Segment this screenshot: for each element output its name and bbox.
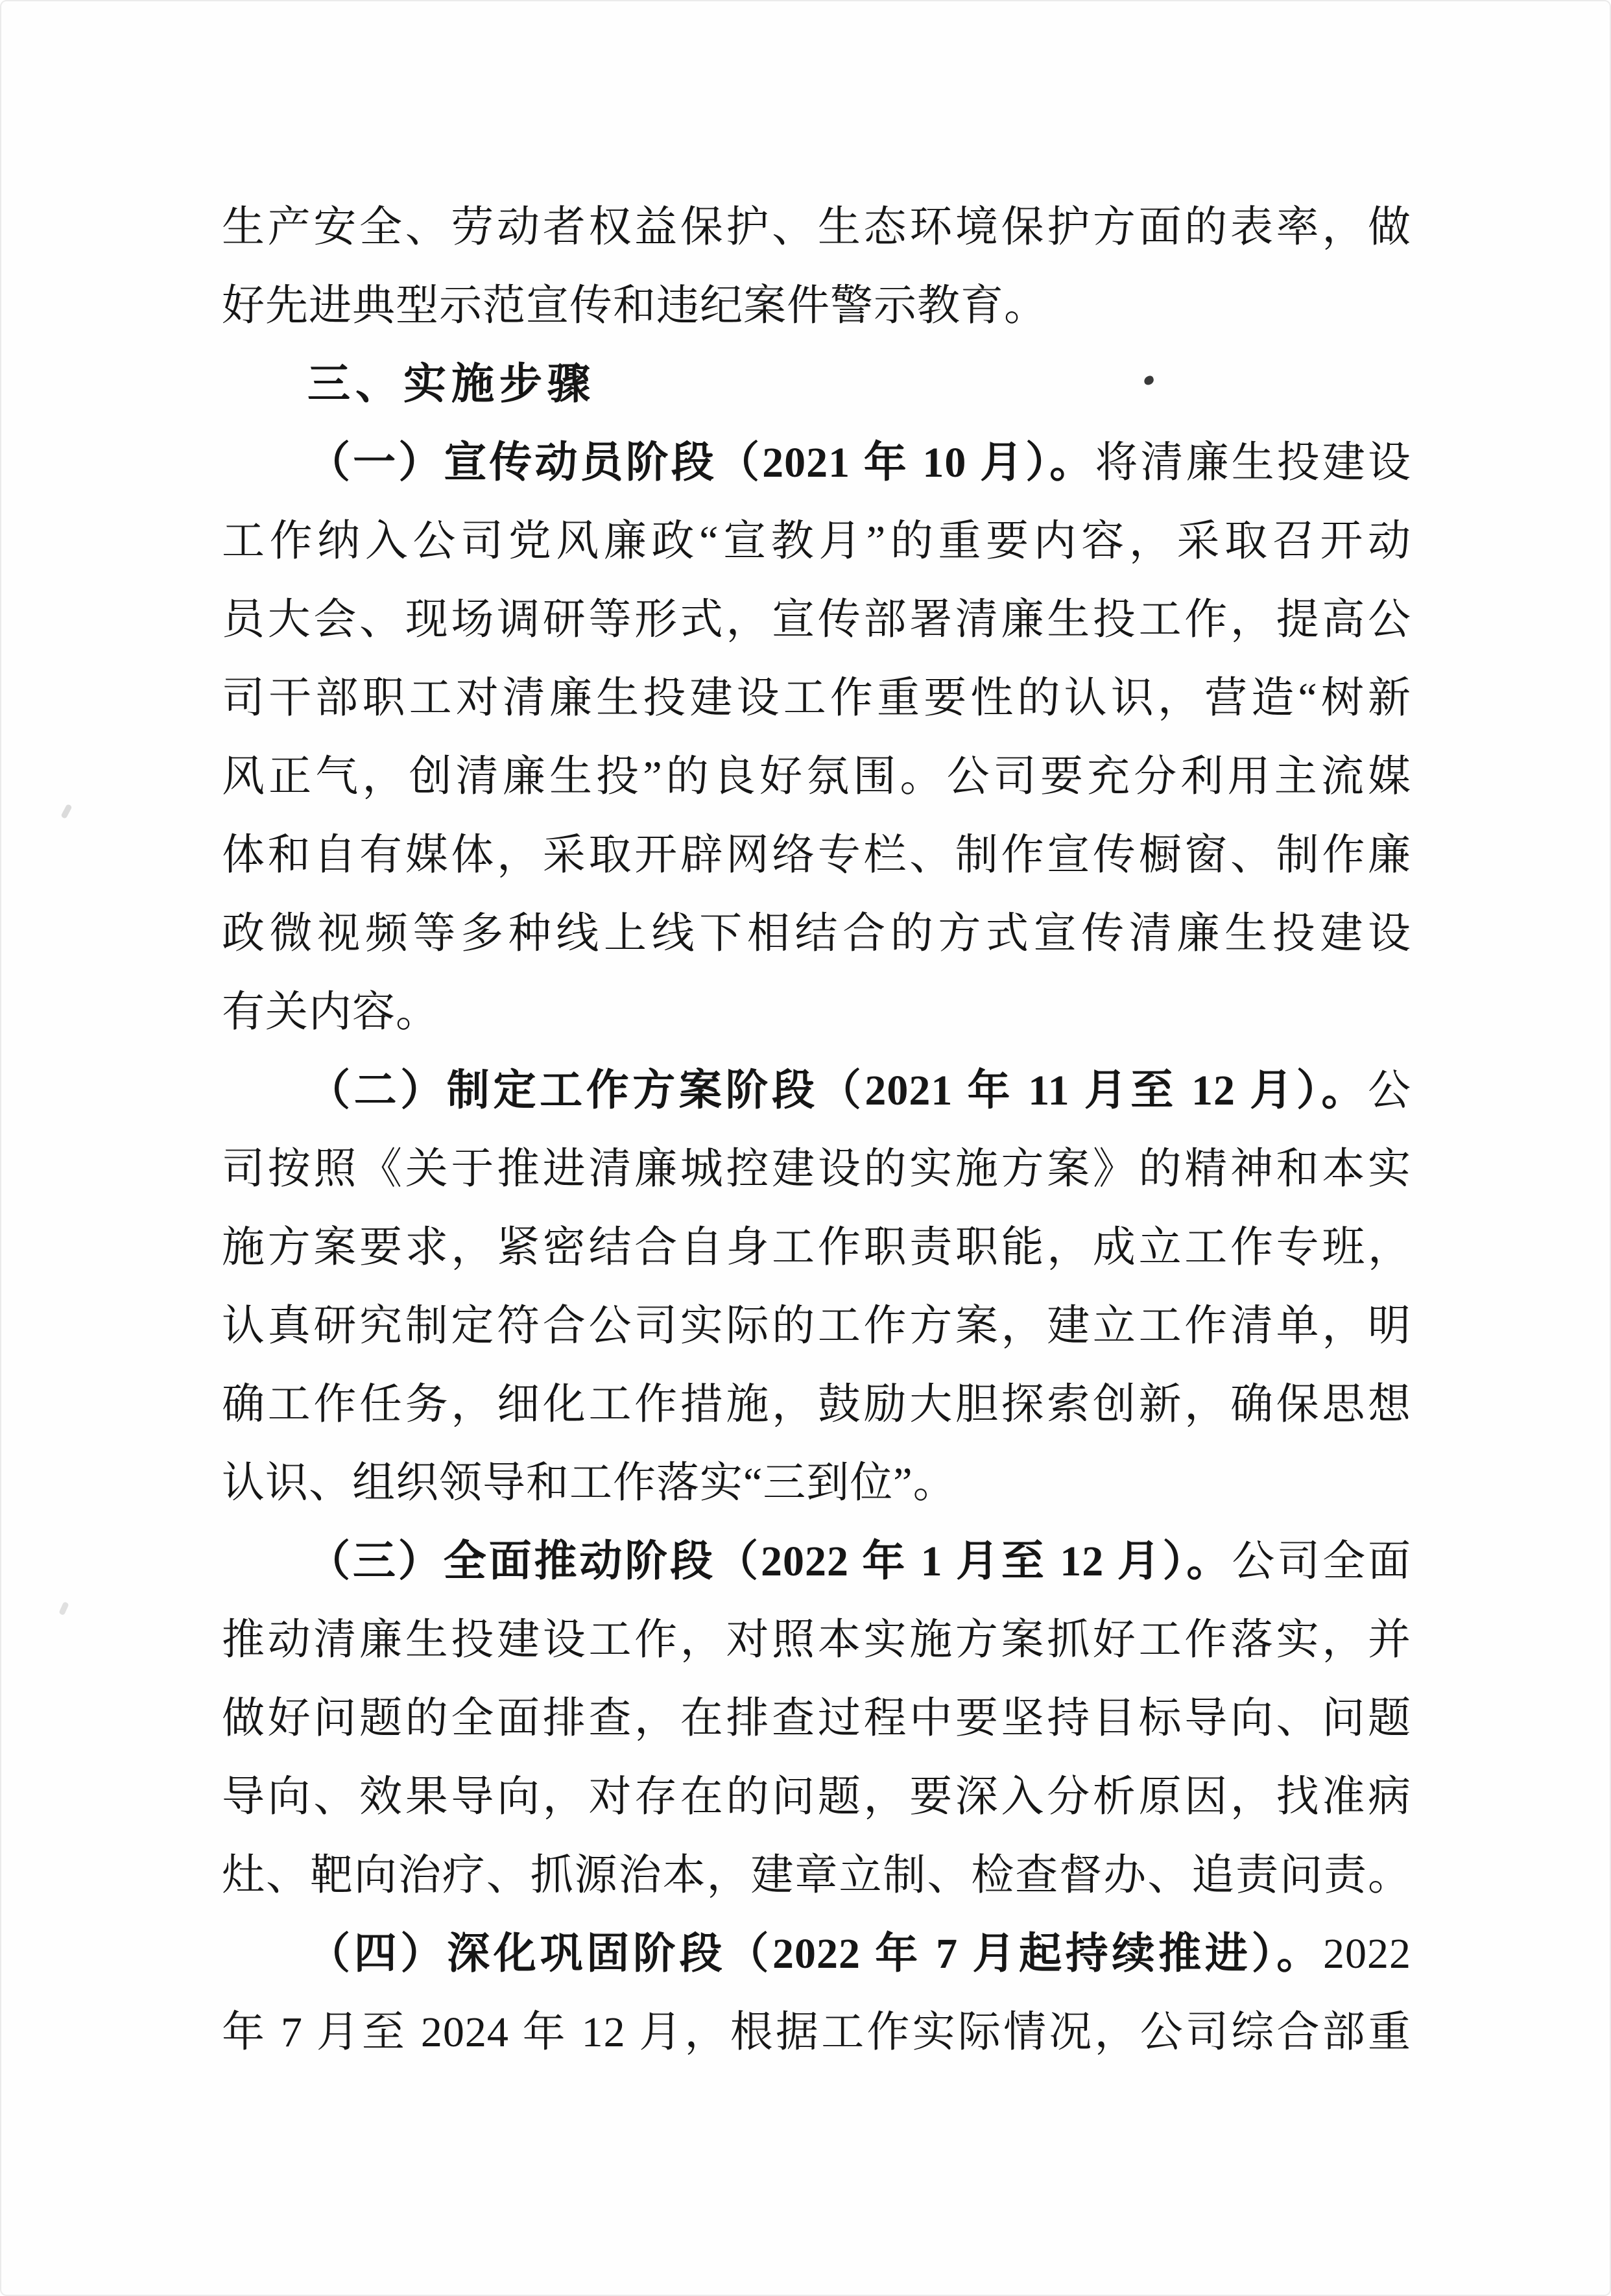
scan-speck-left-margin-2 [58,1601,69,1616]
text-segment: 生产安全、劳动者权益保护、生态环境保护方面的表率，做 [222,204,1411,251]
stage-1-line-6: 体和自有媒体，采取开辟网络专栏、制作宣传橱窗、制作廉 [222,816,1411,894]
text-segment: 认真研究制定符合公司实际的工作方案，建立工作清单，明 [222,1302,1411,1350]
stage-3-line-1: （三）全面推动阶段（2022 年 1 月至 12 月）。公司全面 [222,1522,1411,1601]
para-prev-line-2: 好先进典型示范宣传和违纪案件警示教育。 [222,267,1411,345]
stage-1-line-7: 政微视频等多种线上线下相结合的方式宣传清廉生投建设 [222,894,1411,973]
stage-1-line-4: 司干部职工对清廉生投建设工作重要性的认识，营造“树新 [222,659,1411,737]
section-heading-implementation-steps: 三、实施步骤 [222,345,1411,424]
text-segment: 确工作任务，细化工作措施，鼓励大胆探索创新，确保思想 [222,1381,1411,1428]
text-segment: 司干部职工对清廉生投建设工作重要性的认识，营造“树新 [222,675,1411,722]
text-segment: 年 7 月至 2024 年 12 月，根据工作实际情况，公司综合部重 [222,2009,1411,2056]
document-text: 生产安全、劳动者权益保护、生态环境保护方面的表率，做好先进典型示范宣传和违纪案件… [222,188,1411,2072]
text-segment: 公司全面 [1232,1538,1411,1585]
scanned-document-page: 生产安全、劳动者权益保护、生态环境保护方面的表率，做好先进典型示范宣传和违纪案件… [0,0,1611,2296]
stage-1-line-8: 有关内容。 [222,973,1411,1051]
text-segment-bold: （二）制定工作方案阶段（2021 年 11 月至 12 月）。 [307,1067,1368,1114]
stage-1-line-1: （一）宣传动员阶段（2021 年 10 月）。将清廉生投建设 [222,424,1411,502]
stage-1-line-3: 员大会、现场调研等形式，宣传部署清廉生投工作，提高公 [222,580,1411,659]
stage-2-line-5: 确工作任务，细化工作措施，鼓励大胆探索创新，确保思想 [222,1365,1411,1444]
text-segment: 好先进典型示范宣传和违纪案件警示教育。 [222,282,1047,329]
stage-2-line-2: 司按照《关于推进清廉城控建设的实施方案》的精神和本实 [222,1130,1411,1208]
text-segment: 施方案要求，紧密结合自身工作职责职能，成立工作专班， [222,1224,1411,1271]
text-segment: 司按照《关于推进清廉城控建设的实施方案》的精神和本实 [222,1145,1411,1193]
stage-2-line-6: 认识、组织领导和工作落实“三到位”。 [222,1444,1411,1522]
text-segment: 推动清廉生投建设工作，对照本实施方案抓好工作落实，并 [222,1616,1411,1664]
stage-3-line-5: 灶、靶向治疗、抓源治本，建章立制、检查督办、追责问责。 [222,1836,1411,1915]
text-segment-bold: （三）全面推动阶段（2022 年 1 月至 12 月）。 [307,1538,1232,1585]
stage-2-line-1: （二）制定工作方案阶段（2021 年 11 月至 12 月）。公 [222,1051,1411,1130]
text-segment: 员大会、现场调研等形式，宣传部署清廉生投工作，提高公 [222,596,1411,643]
stage-2-line-3: 施方案要求，紧密结合自身工作职责职能，成立工作专班， [222,1208,1411,1287]
text-segment: 2022 [1323,1930,1411,1978]
stage-4-line-1: （四）深化巩固阶段（2022 年 7 月起持续推进）。2022 [222,1915,1411,1993]
text-segment: 政微视频等多种线上线下相结合的方式宣传清廉生投建设 [222,910,1411,957]
text-segment: 体和自有媒体，采取开辟网络专栏、制作宣传橱窗、制作廉 [222,831,1411,879]
stage-4-line-2: 年 7 月至 2024 年 12 月，根据工作实际情况，公司综合部重 [222,1993,1411,2072]
stage-1-line-2: 工作纳入公司党风廉政“宣教月”的重要内容，采取召开动 [222,502,1411,580]
text-segment: 将清廉生投建设 [1095,439,1411,486]
para-prev-line-1: 生产安全、劳动者权益保护、生态环境保护方面的表率，做 [222,188,1411,267]
stage-2-line-4: 认真研究制定符合公司实际的工作方案，建立工作清单，明 [222,1287,1411,1365]
scan-speck-left-margin-1 [60,804,72,819]
text-segment: 有关内容。 [222,988,439,1036]
text-segment-bold: 三、实施步骤 [307,361,595,408]
text-segment-bold: （一）宣传动员阶段（2021 年 10 月）。 [307,439,1095,486]
text-segment: 导向、效果导向，对存在的问题，要深入分析原因，找准病 [222,1773,1411,1821]
stage-3-line-3: 做好问题的全面排查，在排查过程中要坚持目标导向、问题 [222,1679,1411,1758]
stage-1-line-5: 风正气，创清廉生投”的良好氛围。公司要充分利用主流媒 [222,737,1411,816]
text-segment: 灶、靶向治疗、抓源治本，建章立制、检查督办、追责问责。 [222,1852,1411,1899]
stage-3-line-4: 导向、效果导向，对存在的问题，要深入分析原因，找准病 [222,1758,1411,1836]
text-segment: 风正气，创清廉生投”的良好氛围。公司要充分利用主流媒 [222,753,1411,800]
text-segment: 做好问题的全面排查，在排查过程中要坚持目标导向、问题 [222,1695,1411,1742]
text-segment: 认识、组织领导和工作落实“三到位”。 [222,1459,957,1507]
text-segment: 公 [1368,1067,1411,1114]
stage-3-line-2: 推动清廉生投建设工作，对照本实施方案抓好工作落实，并 [222,1601,1411,1679]
text-segment: 工作纳入公司党风廉政“宣教月”的重要内容，采取召开动 [222,518,1411,565]
text-segment-bold: （四）深化巩固阶段（2022 年 7 月起持续推进）。 [307,1930,1323,1978]
